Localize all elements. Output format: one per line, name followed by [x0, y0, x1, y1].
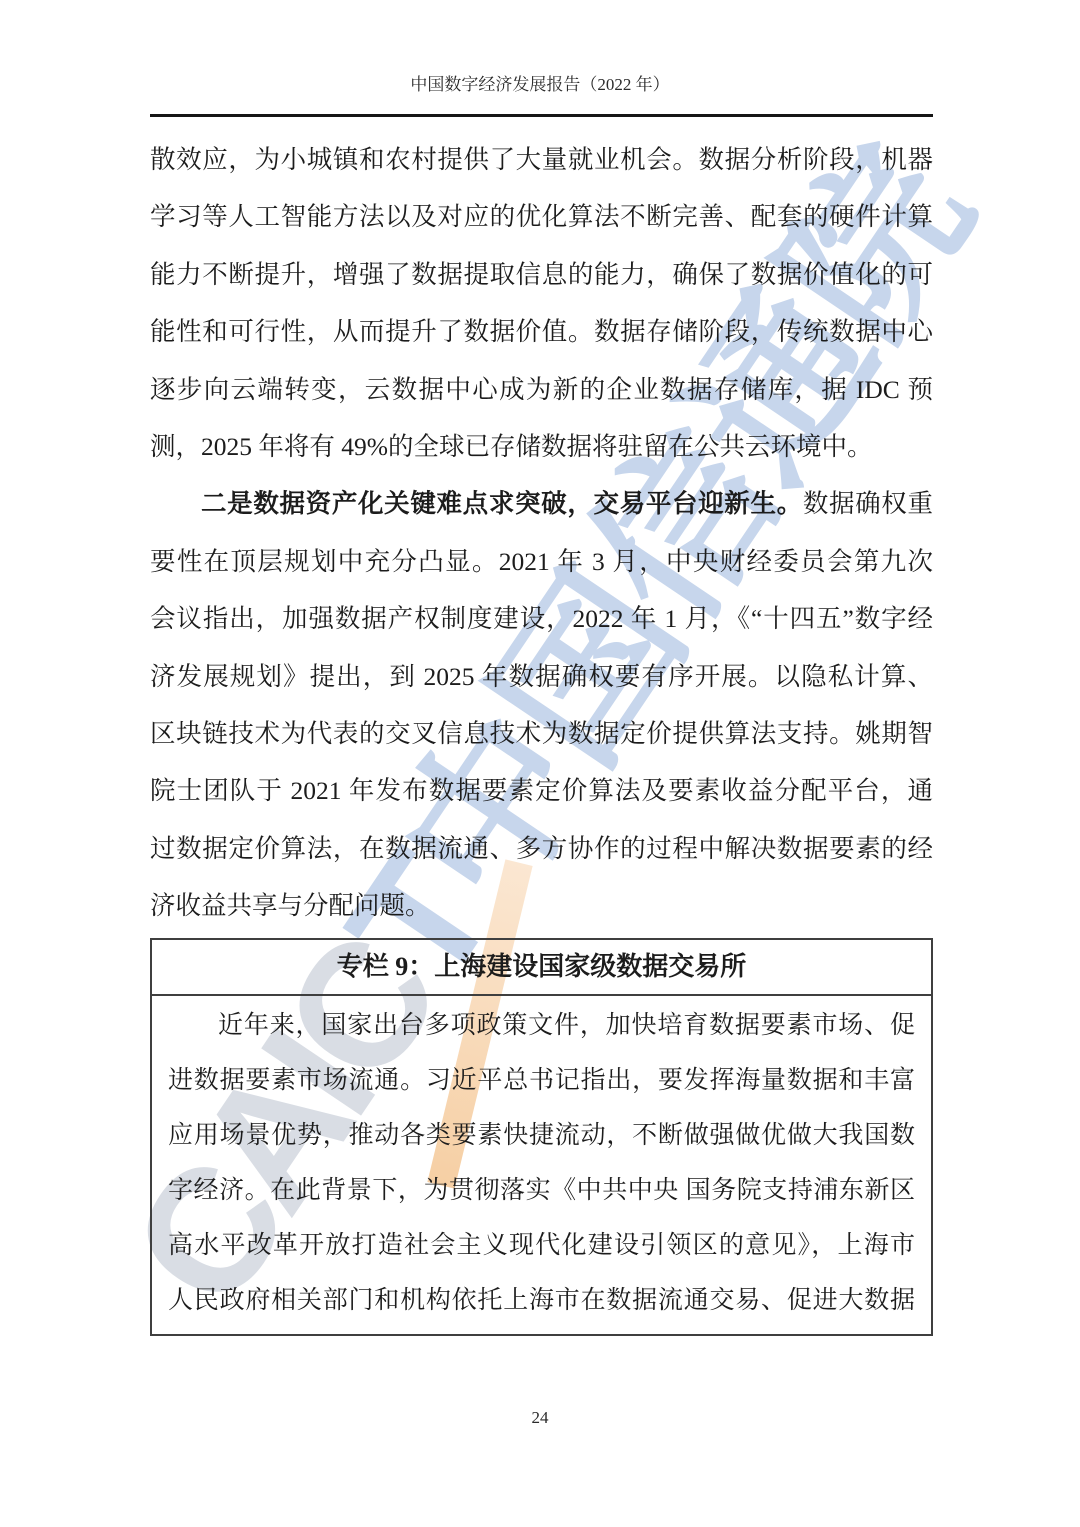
page-footer: 24	[0, 1408, 1080, 1428]
text-line: 近年来，国家出台多项政策文件，加快培育数据要素市场、促	[168, 998, 915, 1053]
header-rule	[150, 114, 933, 117]
text-line: 过数据定价算法，在数据流通、多方协作的过程中解决数据要素的经	[150, 820, 933, 877]
bold-subheading-run: 二是数据资产化关键难点求突破，交易平台迎新生。	[201, 490, 803, 518]
document-page: { "page": { "header_title": "中国数字经济发展报告（…	[0, 0, 1080, 1527]
text-line: 区块链技术为代表的交叉信息技术为数据定价提供算法支持。姚期智	[150, 705, 933, 762]
page-number: 24	[532, 1408, 549, 1427]
column-box-9: 专栏 9：上海建设国家级数据交易所 近年来，国家出台多项政策文件，加快培育数据要…	[150, 938, 933, 1336]
lead-rest-text: 数据确权重	[803, 489, 933, 518]
text-line: 能力不断提升，增强了数据提取信息的能力，确保了数据价值化的可	[150, 246, 933, 303]
text-line: 能性和可行性，从而提升了数据价值。数据存储阶段，传统数据中心	[150, 303, 933, 360]
page-content: 散效应，为小城镇和农村提供了大量就业机会。数据分析阶段，机器学习等人工智能方法以…	[150, 131, 933, 1336]
text-line: 逐步向云端转变，云数据中心成为新的企业数据存储库，据 IDC 预	[150, 361, 933, 418]
page-header-title: 中国数字经济发展报告（2022 年）	[0, 70, 1080, 95]
text-line: 济发展规划》提出，到 2025 年数据确权要有序开展。以隐私计算、	[150, 648, 933, 705]
text-line: 人民政府相关部门和机构依托上海市在数据流通交易、促进大数据	[168, 1273, 915, 1328]
text-line: 要性在顶层规划中充分凸显。2021 年 3 月，中央财经委员会第九次	[150, 533, 933, 590]
column-box-title: 专栏 9：上海建设国家级数据交易所	[152, 940, 931, 996]
text-line: 学习等人工智能方法以及对应的优化算法不断完善、配套的硬件计算	[150, 188, 933, 245]
text-line-lead: 二是数据资产化关键难点求突破，交易平台迎新生。数据确权重	[150, 475, 933, 532]
paragraph-data-value: 散效应，为小城镇和农村提供了大量就业机会。数据分析阶段，机器学习等人工智能方法以…	[150, 131, 933, 475]
text-line: 院士团队于 2021 年发布数据要素定价算法及要素收益分配平台，通	[150, 762, 933, 819]
text-line: 进数据要素市场流通。习近平总书记指出，要发挥海量数据和丰富	[168, 1053, 915, 1108]
paragraph-lines: 要性在顶层规划中充分凸显。2021 年 3 月，中央财经委员会第九次会议指出，加…	[150, 533, 933, 935]
text-line: 字经济。在此背景下，为贯彻落实《中共中央 国务院支持浦东新区	[168, 1163, 915, 1218]
text-line: 应用场景优势，推动各类要素快捷流动，不断做强做优做大我国数	[168, 1108, 915, 1163]
text-line: 高水平改革开放打造社会主义现代化建设引领区的意见》，上海市	[168, 1218, 915, 1273]
paragraph-data-assetization: 二是数据资产化关键难点求突破，交易平台迎新生。数据确权重 要性在顶层规划中充分凸…	[150, 475, 933, 934]
text-line: 会议指出，加强数据产权制度建设，2022 年 1 月，《“十四五”数字经	[150, 590, 933, 647]
text-line: 测，2025 年将有 49%的全球已存储数据将驻留在公共云环境中。	[150, 418, 933, 475]
text-line: 散效应，为小城镇和农村提供了大量就业机会。数据分析阶段，机器	[150, 131, 933, 188]
column-box-body: 近年来，国家出台多项政策文件，加快培育数据要素市场、促进数据要素市场流通。习近平…	[152, 996, 931, 1334]
text-line: 济收益共享与分配问题。	[150, 877, 933, 934]
